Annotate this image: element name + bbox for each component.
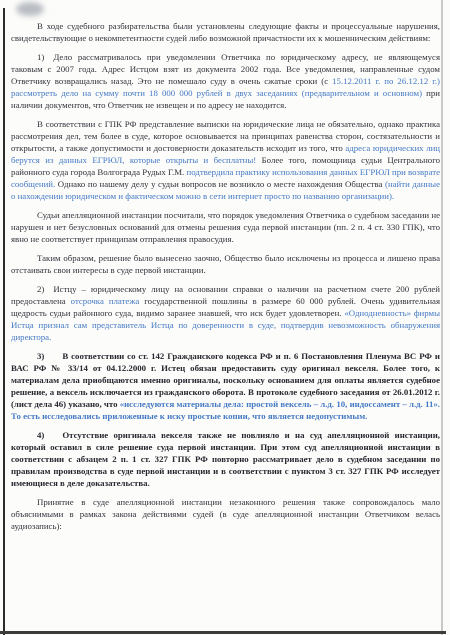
paragraph-number: 1) [37, 52, 44, 62]
paragraph: В ходе судебного разбирательства были ус… [11, 20, 440, 44]
paragraph-number: 2) [37, 284, 44, 294]
paragraph-number: 4) [37, 430, 44, 440]
paragraph: Таким образом, решение было вынесено зао… [11, 252, 440, 276]
scan-edge-right [441, 0, 443, 635]
scanned-document-page: В ходе судебного разбирательства были ус… [0, 0, 450, 635]
paragraph: Судьи апелляционной инстанции посчитали,… [11, 209, 440, 245]
paragraph: Принятие в суде апелляционной инстанции … [11, 496, 440, 532]
text-segment: Однако по нашему делу у судьи вопросов н… [55, 179, 385, 189]
document-text: В ходе судебного разбирательства были ус… [11, 20, 440, 539]
text-segment: Судьи апелляционной инстанции посчитали,… [11, 210, 440, 244]
paragraph-number: 3) [37, 351, 44, 361]
scan-edge-left [3, 8, 5, 635]
text-segment: Таким образом, решение было вынесено зао… [11, 253, 440, 275]
paragraph: 4)Отсутствие оригинала векселя также не … [11, 429, 440, 489]
paragraph: 1)Дело рассматривалось при уведомлении О… [11, 51, 440, 111]
paragraph: В соответствии с ГПК РФ представление вы… [11, 118, 440, 202]
paragraph: 2)Истцу – юридическому лицу на основании… [11, 283, 440, 343]
scan-smudge [16, 2, 44, 16]
text-segment: Отсутствие оригинала векселя также не по… [11, 430, 440, 488]
text-segment: Принятие в суде апелляционной инстанции … [11, 497, 440, 531]
text-segment: В ходе судебного разбирательства были ус… [11, 21, 440, 43]
highlighted-text-segment: отсрочка платежа [71, 296, 140, 306]
scan-edge-bottom [0, 631, 446, 634]
paragraph: 3)В соответствии со ст. 142 Гражданского… [11, 350, 440, 422]
